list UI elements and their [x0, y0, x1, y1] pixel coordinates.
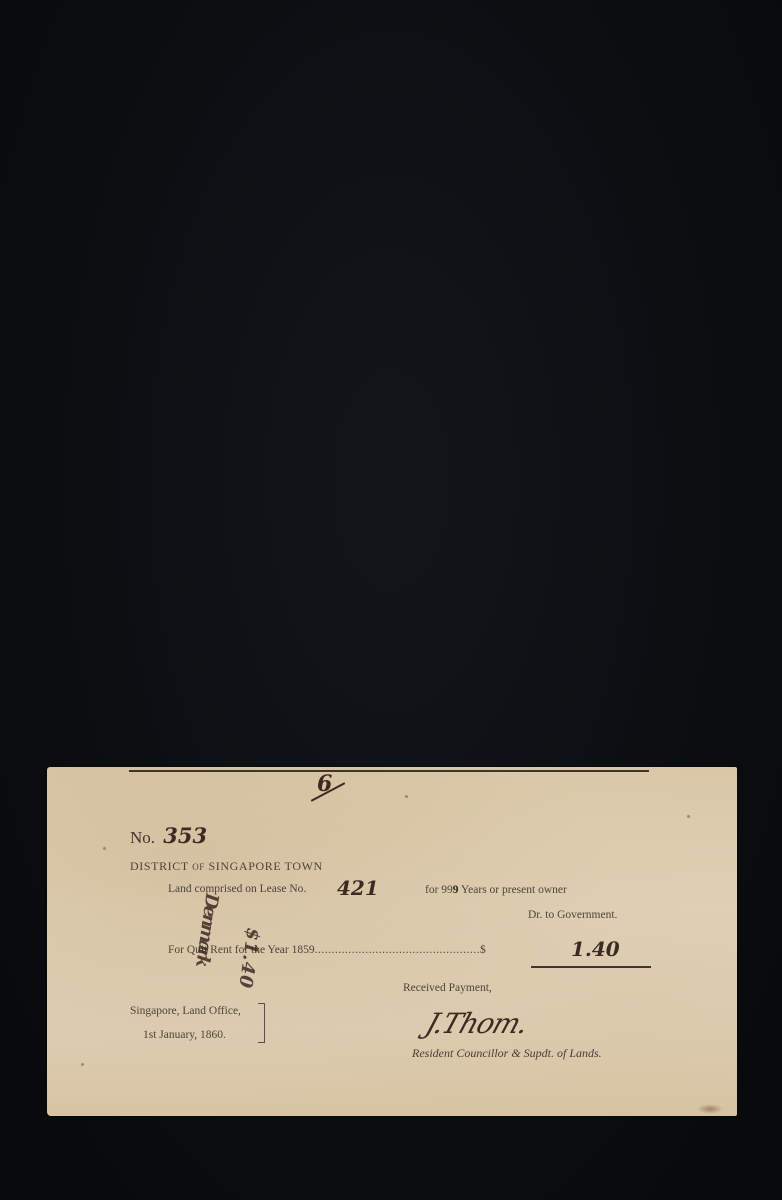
- bracket: [258, 1003, 265, 1043]
- receipt-number: 353: [163, 823, 207, 848]
- amount: 1.40: [571, 937, 620, 961]
- amount-underline: [531, 966, 651, 968]
- district-name: SINGAPORE TOWN: [209, 859, 323, 873]
- lease-term: for 999 Years or present owner: [425, 884, 567, 896]
- received-payment: Received Payment,: [403, 982, 492, 994]
- top-rule: [129, 770, 649, 772]
- corner-stain: [697, 1104, 723, 1114]
- years-prefix: for 99: [425, 884, 453, 896]
- years-digit: 9: [453, 884, 459, 896]
- leader-dots: ........................................…: [315, 944, 480, 956]
- ink-speck: [81, 1063, 84, 1066]
- ink-speck: [405, 795, 408, 798]
- debtor-line: Dr. to Government.: [528, 909, 617, 921]
- receipt-label: No.: [130, 828, 155, 847]
- lease-text: Land comprised on Lease No.: [168, 883, 306, 895]
- district-heading: DISTRICT OF SINGAPORE TOWN: [130, 859, 323, 874]
- margin-note-vertical: Denmark: [172, 891, 223, 1044]
- ink-speck: [687, 815, 690, 818]
- district-prefix: DISTRICT: [130, 859, 189, 873]
- quit-rent-line: For Quit Rent for the Year 1859.........…: [168, 944, 486, 956]
- ink-speck: [103, 847, 106, 850]
- quit-rent-receipt: 6 No. 353 DISTRICT OF SINGAPORE TOWN Lan…: [47, 767, 737, 1116]
- signature: J.Thom.: [422, 1007, 533, 1040]
- years-suffix: Years or present owner: [461, 884, 567, 896]
- currency-symbol: $: [480, 944, 486, 956]
- signatory-title: Resident Councillor & Supdt. of Lands.: [412, 1046, 602, 1061]
- receipt-number-line: No. 353: [130, 823, 207, 848]
- lease-number: 421: [337, 876, 379, 900]
- district-of: OF: [192, 862, 205, 872]
